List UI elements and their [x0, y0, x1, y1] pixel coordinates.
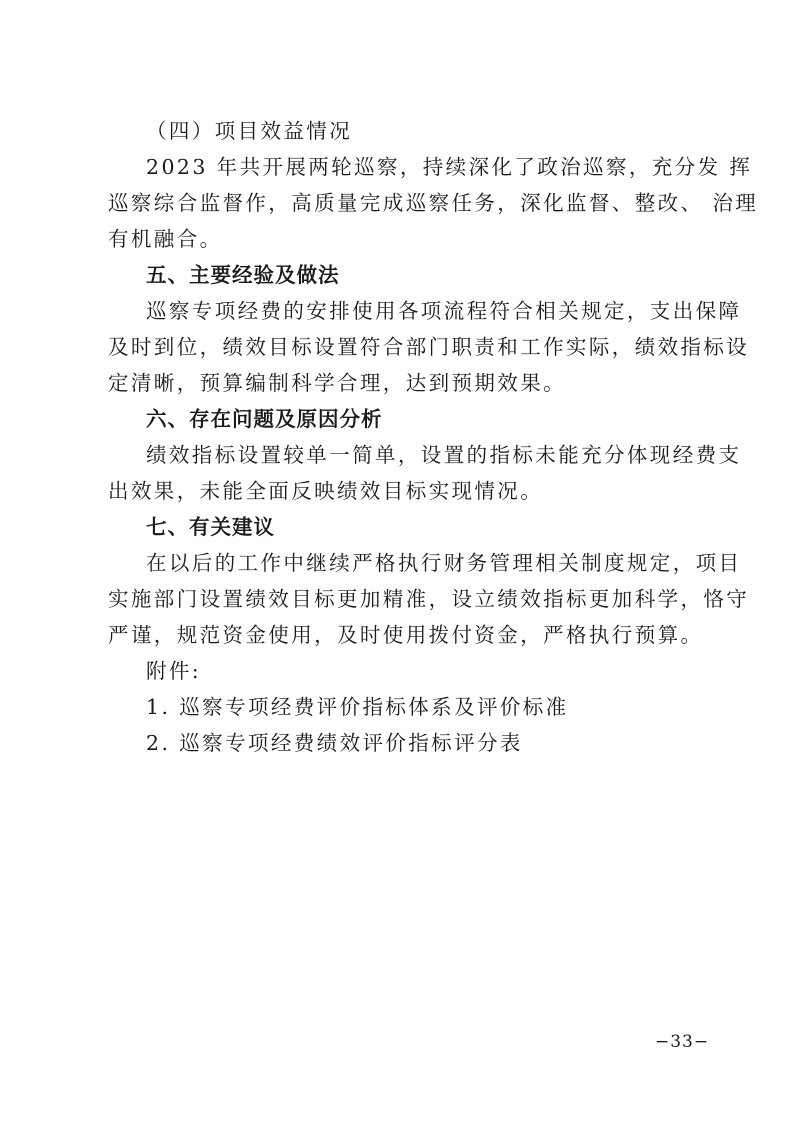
section-heading-problems-analysis: 六、存在问题及原因分析	[108, 401, 690, 437]
paragraph-line: 及时到位，绩效目标设置符合部门职责和工作实际，绩效指标设	[108, 329, 690, 365]
paragraph-line: 绩效指标设置较单一简单，设置的指标未能充分体现经费支	[108, 437, 690, 473]
paragraph-line: 严谨，规范资金使用，及时使用拨付资金，严格执行预算。	[108, 617, 690, 653]
paragraph-line: 巡察专项经费的安排使用各项流程符合相关规定，支出保障	[108, 293, 690, 329]
paragraph-line: 2023 年共开展两轮巡察，持续深化了政治巡察，充分发 挥	[108, 149, 690, 185]
paragraph-line: 巡察综合监督作，高质量完成巡察任务，深化监督、整改、 治理	[108, 185, 690, 221]
paragraph-line: 有机融合。	[108, 221, 690, 257]
paragraph-line: 在以后的工作中继续严格执行财务管理相关制度规定，项目	[108, 545, 690, 581]
document-page: （四）项目效益情况 2023 年共开展两轮巡察，持续深化了政治巡察，充分发 挥 …	[108, 113, 690, 761]
paragraph-line: 实施部门设置绩效目标更加精准，设立绩效指标更加科学，恪守	[108, 581, 690, 617]
page-number: −33−	[655, 1032, 709, 1052]
attachment-item: 2. 巡察专项经费绩效评价指标评分表	[108, 725, 690, 761]
attachments-label: 附件:	[108, 653, 690, 689]
attachment-item: 1. 巡察专项经费评价指标体系及评价标准	[108, 689, 690, 725]
paragraph-line: 定清晰，预算编制科学合理，达到预期效果。	[108, 365, 690, 401]
paragraph-line: 出效果，未能全面反映绩效目标实现情况。	[108, 473, 690, 509]
section-heading-project-benefits: （四）项目效益情况	[108, 113, 690, 149]
section-heading-main-experience: 五、主要经验及做法	[108, 257, 690, 293]
section-heading-suggestions: 七、有关建议	[108, 509, 690, 545]
